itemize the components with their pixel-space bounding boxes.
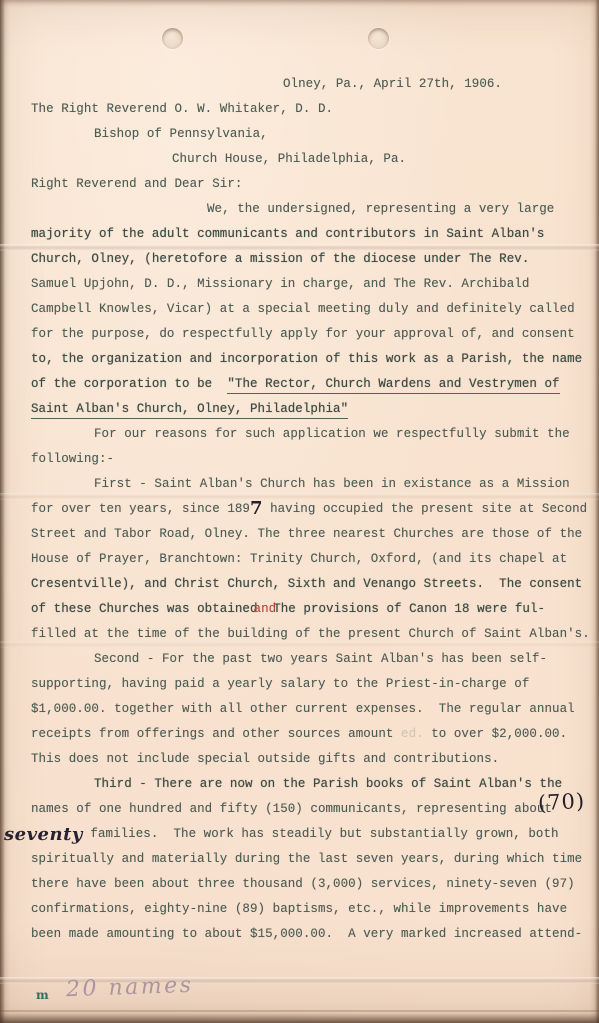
letter-page: Olney, Pa., April 27th, 1906.The Right R… [0, 0, 599, 1023]
punch-hole-left [162, 28, 183, 49]
letter-line: First - Saint Alban's Church has been in… [94, 477, 570, 491]
punch-hole-right [368, 28, 389, 49]
page-edge-shadow-bottom [0, 1013, 599, 1023]
letter-line: to, the organization and incorporation o… [31, 352, 582, 366]
letter-line: Church House, Philadelphia, Pa. [172, 152, 406, 166]
letter-line: majority of the adult communicants and c… [31, 227, 544, 241]
letter-line: confirmations, eighty-nine (89) baptisms… [31, 902, 567, 916]
letter-line: supporting, having paid a yearly salary … [31, 677, 529, 691]
letter-line: been made amounting to about $15,000.00.… [31, 927, 582, 941]
letter-line: Church, Olney, (heretofore a mission of … [31, 252, 529, 266]
letter-line: Bishop of Pennsylvania, [94, 127, 268, 141]
letter-line: The Right Reverend O. W. Whitaker, D. D. [31, 102, 333, 116]
letter-line: $1,000.00. together with all other curre… [31, 702, 575, 716]
letter-line: for the purpose, do respectfully apply f… [31, 327, 575, 341]
letter-line: of the corporation to be "The Rector, Ch… [31, 377, 560, 391]
letter-line: Samuel Upjohn, D. D., Missionary in char… [31, 277, 529, 291]
fold-crease [0, 244, 599, 251]
letter-line: names of one hundred and fifty (150) com… [31, 802, 552, 816]
letter-line: Cresentville), and Christ Church, Sixth … [31, 577, 582, 591]
bottom-fold-line [0, 1010, 599, 1012]
letter-line: following:- [31, 452, 114, 466]
letter-line: there have been about three thousand (3,… [31, 877, 575, 891]
letter-line: Right Reverend and Dear Sir: [31, 177, 242, 191]
letter-line: Street and Tabor Road, Olney. The three … [31, 527, 582, 541]
pencil-note: 20 names [66, 973, 194, 1002]
letter-line: for over ten years, since 1897 having oc… [31, 502, 587, 516]
letter-line: Third - There are now on the Parish book… [94, 777, 562, 791]
page-edge-shadow-left [0, 0, 5, 1023]
letter-line: Olney, Pa., April 27th, 1906. [283, 77, 502, 91]
letter-line: seventy families. The work has steadily … [4, 827, 559, 841]
letter-line: Saint Alban's Church, Olney, Philadelphi… [31, 402, 348, 416]
letter-line: spiritually and materially during the la… [31, 852, 582, 866]
fold-crease [0, 641, 599, 648]
fold-crease [0, 493, 599, 500]
letter-line: filled at the time of the building of th… [31, 627, 590, 641]
letter-line: Campbell Knowles, Vicar) at a special me… [31, 302, 575, 316]
letter-line: This does not include special outside gi… [31, 752, 499, 766]
stamp-m-mark: m [36, 988, 49, 1002]
letter-line: House of Prayer, Branchtown: Trinity Chu… [31, 552, 567, 566]
letter-line: We, the undersigned, representing a very… [207, 202, 554, 216]
letter-line: receipts from offerings and other source… [31, 727, 567, 741]
letter-line: of these Churches was obtainedandThe pro… [31, 602, 545, 616]
letter-line: For our reasons for such application we … [94, 427, 570, 441]
page-edge-shadow-right [595, 0, 599, 1023]
letter-line: Second - For the past two years Saint Al… [94, 652, 547, 666]
handwritten-seventy-numeral: (70) [537, 789, 585, 815]
